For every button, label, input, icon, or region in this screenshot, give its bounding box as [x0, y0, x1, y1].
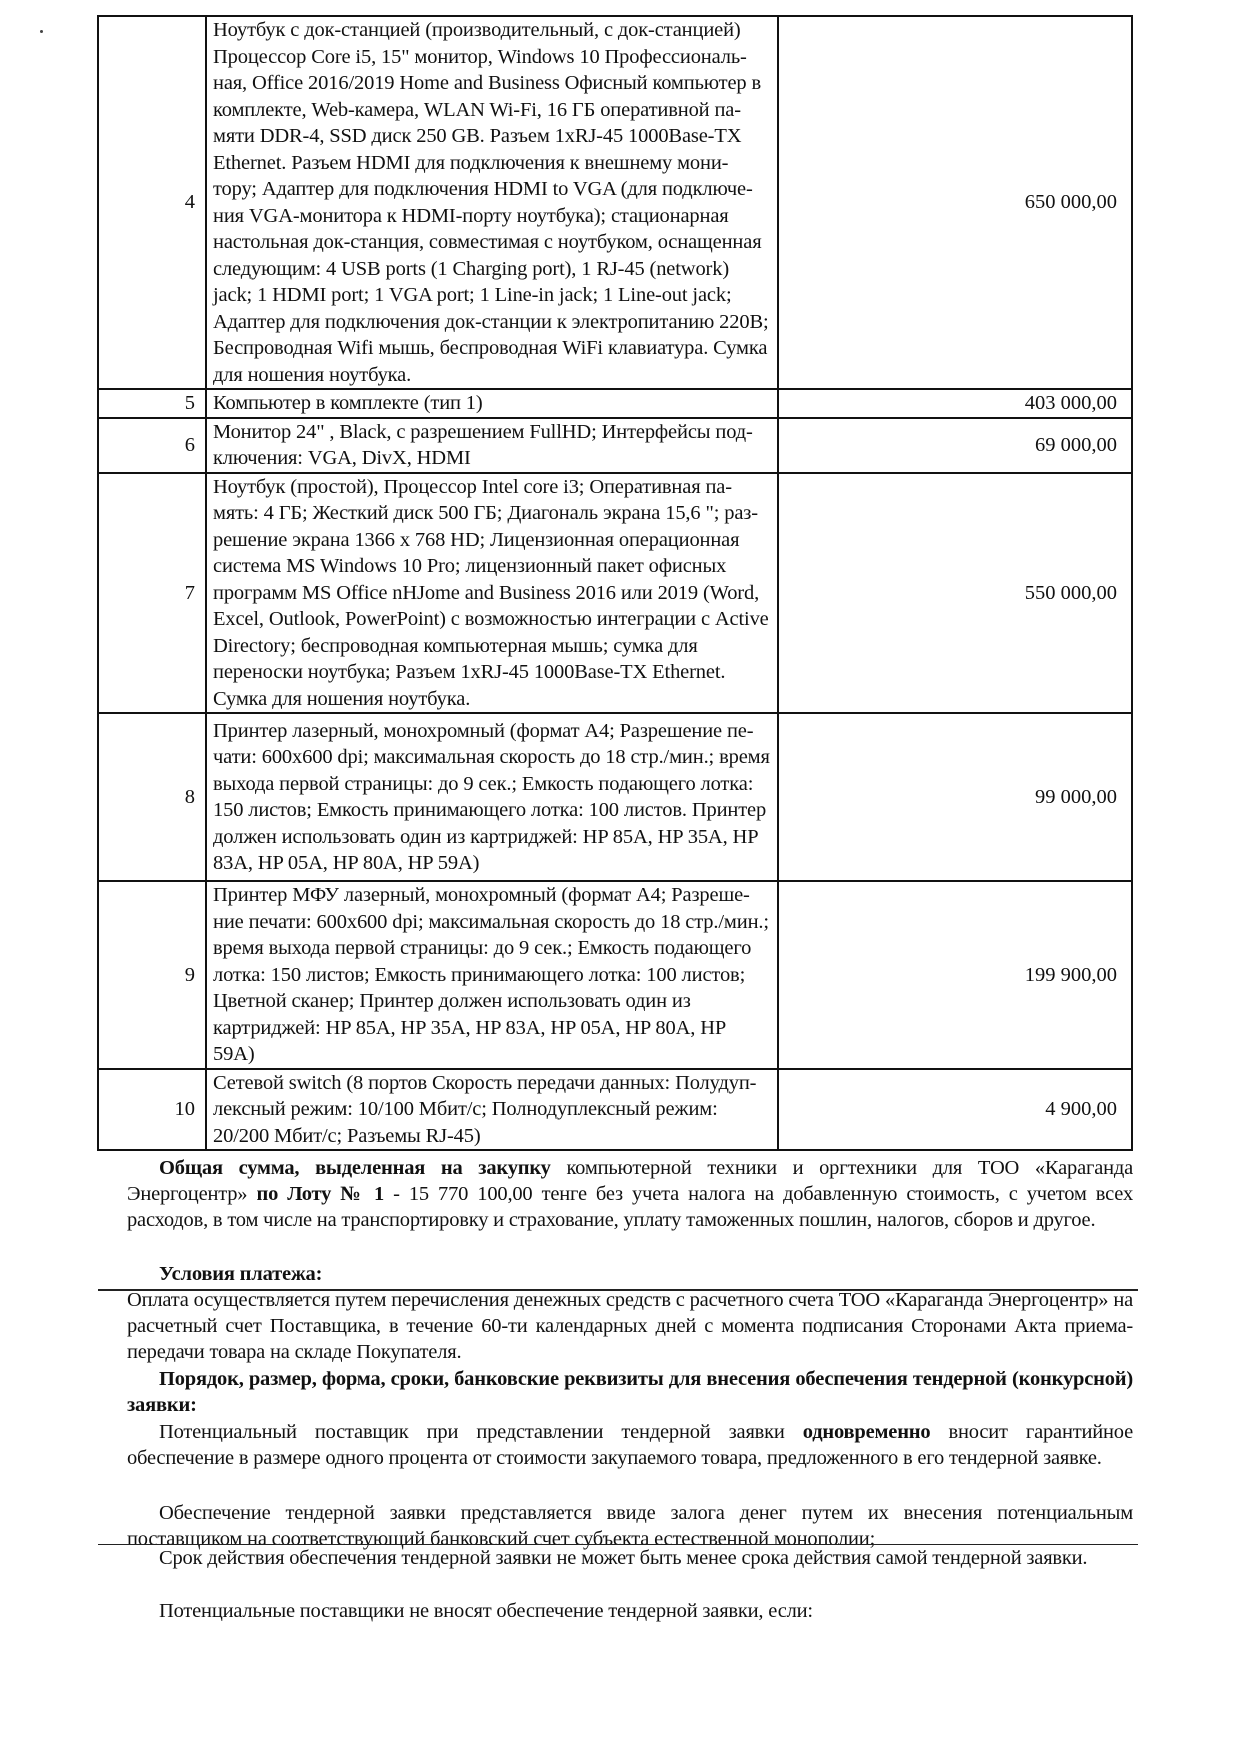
equipment-spec-table: 4 Ноутбук с док-станцией (производительн… [97, 15, 1133, 1151]
payment-heading: Условия платежа: [127, 1261, 1133, 1287]
item-price: 550 000,00 [778, 473, 1132, 714]
table-row: 9 Принтер МФУ лазерный, монохромный (фор… [98, 881, 1132, 1069]
security-paragraph-1: Потенциальный поставщик при представлени… [127, 1419, 1133, 1471]
security-p1-a: Потенциальный поставщик при представлени… [159, 1421, 803, 1443]
item-number: 4 [98, 16, 206, 389]
total-lot: по Лоту № 1 [247, 1183, 384, 1205]
security-paragraph-4: Потенциальные поставщики не вносят обесп… [127, 1598, 1133, 1624]
item-description: Компьютер в комплекте (тип 1) [206, 389, 778, 418]
item-description: Ноутбук с док-станцией (производительный… [206, 16, 778, 389]
item-price: 650 000,00 [778, 16, 1132, 389]
item-description: Сетевой switch (8 портов Скорость переда… [206, 1069, 778, 1151]
payment-text: Оплата осуществляется путем перечисления… [127, 1287, 1133, 1365]
total-lead: Общая сумма, выделенная на закупку [159, 1157, 551, 1179]
table-row: 7 Ноутбук (простой), Процессор Intel cor… [98, 473, 1132, 714]
item-description: Принтер МФУ лазерный, монохромный (форма… [206, 881, 778, 1069]
table-row: 4 Ноутбук с док-станцией (производительн… [98, 16, 1132, 389]
item-number: 9 [98, 881, 206, 1069]
table-row: 5 Компьютер в комплекте (тип 1) 403 000,… [98, 389, 1132, 418]
item-price: 199 900,00 [778, 881, 1132, 1069]
scan-speck [40, 30, 43, 33]
security-p1-bold: одновременно [803, 1421, 931, 1443]
item-price: 99 000,00 [778, 713, 1132, 881]
total-amount-paragraph: Общая сумма, выделенная на закупку компь… [127, 1155, 1133, 1233]
item-description: Ноутбук (простой), Процессор Intel core … [206, 473, 778, 714]
table-row: 6 Монитор 24" , Black, с разрешением Ful… [98, 418, 1132, 473]
security-heading: Порядок, размер, форма, сроки, банковски… [127, 1366, 1133, 1418]
table-row: 8 Принтер лазерный, монохромный (формат … [98, 713, 1132, 881]
item-description: Принтер лазерный, монохромный (формат А4… [206, 713, 778, 881]
item-number: 8 [98, 713, 206, 881]
item-price: 69 000,00 [778, 418, 1132, 473]
table-row: 10 Сетевой switch (8 портов Скорость пер… [98, 1069, 1132, 1151]
item-number: 6 [98, 418, 206, 473]
item-number: 7 [98, 473, 206, 714]
security-paragraph-3: Срок действия обеспечения тендерной заяв… [127, 1545, 1133, 1571]
item-number: 10 [98, 1069, 206, 1151]
item-price: 4 900,00 [778, 1069, 1132, 1151]
item-description: Монитор 24" , Black, с разрешением FullH… [206, 418, 778, 473]
item-number: 5 [98, 389, 206, 418]
item-price: 403 000,00 [778, 389, 1132, 418]
